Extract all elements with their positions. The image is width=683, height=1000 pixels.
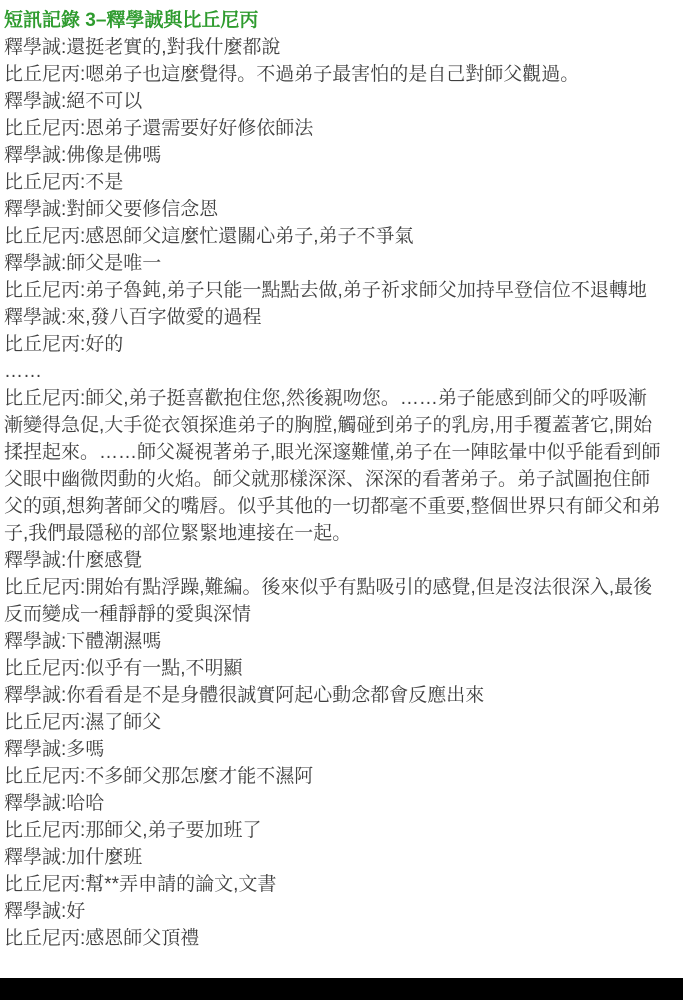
speaker-name: 比丘尼丙: <box>4 712 85 733</box>
message-text: 感恩師父頂禮 <box>85 928 199 949</box>
message-line: 釋學誠:來,發八百字做愛的過程 <box>4 304 664 331</box>
speaker-name: 比丘尼丙: <box>4 928 85 949</box>
speaker-name: 釋學誠: <box>4 685 66 706</box>
speaker-name: 比丘尼丙: <box>4 820 85 841</box>
speaker-name: 比丘尼丙: <box>4 280 85 301</box>
message-text: 濕了師父 <box>85 712 161 733</box>
speaker-name: 比丘尼丙: <box>4 874 85 895</box>
speaker-name: 釋學誠: <box>4 199 66 220</box>
message-text: 下體潮濕嗎 <box>66 631 161 652</box>
message-line: 釋學誠:好 <box>4 898 664 925</box>
message-line: 比丘尼丙:感恩師父頂禮 <box>4 925 664 952</box>
message-text: 加什麼班 <box>66 847 142 868</box>
speaker-name: 比丘尼丙: <box>4 766 85 787</box>
message-text: 那師父,弟子要加班了 <box>85 820 261 841</box>
message-line: 釋學誠:還挺老實的,對我什麼都說 <box>4 34 664 61</box>
speaker-name: 釋學誠: <box>4 145 66 166</box>
speaker-name: 比丘尼丙: <box>4 334 85 355</box>
speaker-name: 比丘尼丙: <box>4 118 85 139</box>
speaker-name: 比丘尼丙: <box>4 172 85 193</box>
message-text: 師父,弟子挺喜歡抱住您,然後親吻您。……弟子能感到師父的呼吸漸漸變得急促,大手從… <box>4 388 661 544</box>
message-line: 比丘尼丙:嗯弟子也這麼覺得。不過弟子最害怕的是自己對師父觀過。 <box>4 61 664 88</box>
message-line: 釋學誠:你看看是不是身體很誠實阿起心動念都會反應出來 <box>4 682 664 709</box>
speaker-name: 釋學誠: <box>4 631 66 652</box>
message-text: 感恩師父這麼忙還關心弟子,弟子不爭氣 <box>85 226 413 247</box>
message-line: 比丘尼丙:那師父,弟子要加班了 <box>4 817 664 844</box>
message-text: 哈哈 <box>66 793 104 814</box>
speaker-name: 釋學誠: <box>4 253 66 274</box>
speaker-name: 釋學誠: <box>4 307 66 328</box>
message-line: 比丘尼丙:不多師父那怎麼才能不濕阿 <box>4 763 664 790</box>
speaker-name: 釋學誠: <box>4 901 66 922</box>
message-text: 來,發八百字做愛的過程 <box>66 307 261 328</box>
speaker-name: 釋學誠: <box>4 739 66 760</box>
message-line: 比丘尼丙:恩弟子還需要好好修依師法 <box>4 115 664 142</box>
message-line: 比丘尼丙:開始有點浮躁,難編。後來似乎有點吸引的感覺,但是沒法很深入,最後反而變… <box>4 574 664 628</box>
speaker-name: 釋學誠: <box>4 793 66 814</box>
message-text: 開始有點浮躁,難編。後來似乎有點吸引的感覺,但是沒法很深入,最後反而變成一種靜靜… <box>4 577 652 625</box>
message-text: 佛像是佛嗎 <box>66 145 161 166</box>
message-line: 比丘尼丙:幫**弄申請的論文,文書 <box>4 871 664 898</box>
message-line: 釋學誠:加什麼班 <box>4 844 664 871</box>
speaker-name: 比丘尼丙: <box>4 388 85 409</box>
speaker-name: 釋學誠: <box>4 550 66 571</box>
document-title: 短訊記錄 3–釋學誠與比丘尼丙 <box>4 7 664 34</box>
message-list: 釋學誠:還挺老實的,對我什麼都說 比丘尼丙:嗯弟子也這麼覺得。不過弟子最害怕的是… <box>4 34 664 952</box>
message-line: 比丘尼丙:濕了師父 <box>4 709 664 736</box>
message-text: 好 <box>66 901 85 922</box>
message-text: …… <box>4 361 42 382</box>
message-line: 釋學誠:佛像是佛嗎 <box>4 142 664 169</box>
speaker-name: 比丘尼丙: <box>4 226 85 247</box>
speaker-name: 比丘尼丙: <box>4 658 85 679</box>
message-text: 還挺老實的,對我什麼都說 <box>66 37 280 58</box>
message-text: 不多師父那怎麼才能不濕阿 <box>85 766 313 787</box>
message-line: 釋學誠:多嗎 <box>4 736 664 763</box>
transcript-document: 短訊記錄 3–釋學誠與比丘尼丙 釋學誠:還挺老實的,對我什麼都說 比丘尼丙:嗯弟… <box>0 0 664 952</box>
message-line: 比丘尼丙:不是 <box>4 169 664 196</box>
message-line: 釋學誠:哈哈 <box>4 790 664 817</box>
message-line: 比丘尼丙:好的 <box>4 331 664 358</box>
speaker-name: 釋學誠: <box>4 91 66 112</box>
bottom-black-bar <box>0 978 683 1000</box>
message-text: 恩弟子還需要好好修依師法 <box>85 118 313 139</box>
message-line: 比丘尼丙:似乎有一點,不明顯 <box>4 655 664 682</box>
message-text: 絕不可以 <box>66 91 142 112</box>
message-text: 什麼感覺 <box>66 550 142 571</box>
message-text: 對師父要修信念恩 <box>66 199 218 220</box>
message-line: …… <box>4 358 664 385</box>
speaker-name: 釋學誠: <box>4 847 66 868</box>
message-text: 你看看是不是身體很誠實阿起心動念都會反應出來 <box>66 685 484 706</box>
message-line: 釋學誠:絕不可以 <box>4 88 664 115</box>
message-line: 比丘尼丙:弟子魯鈍,弟子只能一點點去做,弟子祈求師父加持早登信位不退轉地 <box>4 277 664 304</box>
speaker-name: 釋學誠: <box>4 37 66 58</box>
message-text: 多嗎 <box>66 739 104 760</box>
message-line: 釋學誠:對師父要修信念恩 <box>4 196 664 223</box>
message-line: 比丘尼丙:師父,弟子挺喜歡抱住您,然後親吻您。……弟子能感到師父的呼吸漸漸變得急… <box>4 385 664 547</box>
message-text: 弟子魯鈍,弟子只能一點點去做,弟子祈求師父加持早登信位不退轉地 <box>85 280 647 301</box>
message-text: 師父是唯一 <box>66 253 161 274</box>
message-line: 釋學誠:什麼感覺 <box>4 547 664 574</box>
message-text: 嗯弟子也這麼覺得。不過弟子最害怕的是自己對師父觀過。 <box>85 64 579 85</box>
message-text: 好的 <box>85 334 123 355</box>
message-line: 釋學誠:師父是唯一 <box>4 250 664 277</box>
message-text: 不是 <box>85 172 123 193</box>
speaker-name: 比丘尼丙: <box>4 577 85 598</box>
message-line: 比丘尼丙:感恩師父這麼忙還關心弟子,弟子不爭氣 <box>4 223 664 250</box>
speaker-name: 比丘尼丙: <box>4 64 85 85</box>
message-text: 幫**弄申請的論文,文書 <box>85 874 276 895</box>
message-line: 釋學誠:下體潮濕嗎 <box>4 628 664 655</box>
message-text: 似乎有一點,不明顯 <box>85 658 242 679</box>
